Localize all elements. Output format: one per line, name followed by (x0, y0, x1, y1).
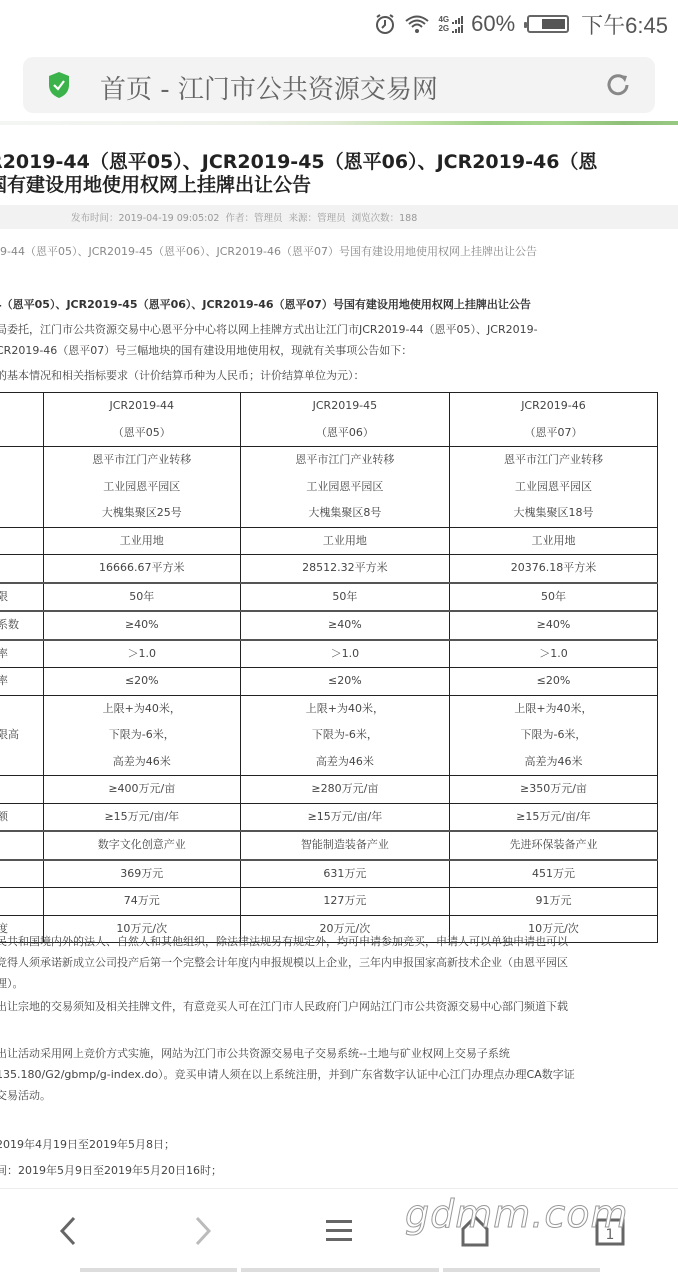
table-row: 16666.67平方米28512.32平方米20376.18平方米 (0, 555, 658, 583)
table-cell: ≥350万元/亩 (449, 776, 657, 804)
table-row-label (0, 831, 43, 860)
battery-icon (527, 15, 569, 33)
forward-button[interactable] (183, 1211, 223, 1251)
announcement-heading: 4（恩平05）、JCR2019-45（恩平06）、JCR2019-46（恩平07… (0, 296, 531, 312)
table-cell: 451万元 (449, 860, 657, 888)
table-row: 369万元631万元451万元 (0, 860, 658, 888)
article-subtitle: 019-44（恩平05）、JCR2019-45（恩平06）、JCR2019-46… (0, 243, 537, 259)
table-cell: 127万元 (240, 888, 449, 916)
table-cell: 工业用地 (43, 527, 240, 555)
table-row-label: 率 (0, 640, 43, 668)
table-cell: ≤20% (240, 668, 449, 696)
table-row-label: 率 (0, 668, 43, 696)
table-row-label: 限 (0, 583, 43, 612)
table-cell: 631万元 (240, 860, 449, 888)
table-row-label: 额 (0, 803, 43, 831)
table-row: 工业用地工业用地工业用地 (0, 527, 658, 555)
nav-indicator (241, 1268, 439, 1272)
table-cell: 20376.18平方米 (449, 555, 657, 583)
status-bar: 4G 2G 60% 下午6:45 (0, 0, 678, 48)
table-row: 率≤20%≤20%≤20% (0, 668, 658, 696)
online-bidding-paragraph: 出让活动采用网上竞价方式实施，网站为江门市公共资源交易电子交易系统--土地与矿业… (0, 1043, 575, 1106)
article-meta: 发布时间：2019-04-19 09:05:02 作者：管理员 来源：管理员 浏… (71, 210, 417, 224)
table-cell: 恩平市江门产业转移工业园恩平园区大槐集聚区25号 (43, 447, 240, 528)
date-period-1: 2019年4月19日至2019年5月8日； (0, 1134, 175, 1155)
table-row: 系数≥40%≥40%≥40% (0, 611, 658, 640)
table-cell: ≤20% (449, 668, 657, 696)
clock: 下午6:45 (581, 9, 668, 40)
table-cell: 先进环保装备产业 (449, 831, 657, 860)
table-cell: 74万元 (43, 888, 240, 916)
table-cell: 智能制造装备产业 (240, 831, 449, 860)
wifi-icon (404, 13, 430, 35)
table-cell: 恩平市江门产业转移工业园恩平园区大槐集聚区8号 (240, 447, 449, 528)
table-cell: ≥40% (240, 611, 449, 640)
table-row: 限50年50年50年 (0, 583, 658, 612)
table-row-label (0, 776, 43, 804)
table-row-label: 系数 (0, 611, 43, 640)
table-row: 恩平市江门产业转移工业园恩平园区大槐集聚区25号恩平市江门产业转移工业园恩平园区… (0, 447, 658, 528)
reload-icon[interactable] (603, 70, 633, 100)
battery-percent: 60% (471, 11, 515, 37)
table-cell: 恩平市江门产业转移工业园恩平园区大槐集聚区18号 (449, 447, 657, 528)
table-cell: ≥40% (449, 611, 657, 640)
table-header-row: JCR2019-44（恩平05） JCR2019-45（恩平06） JCR201… (0, 393, 658, 447)
table-cell: 50年 (449, 583, 657, 612)
table-row-label (0, 860, 43, 888)
watermark: gdmm.com (405, 1192, 629, 1236)
table-row-label (0, 447, 43, 528)
table-row: 数字文化创意产业智能制造装备产业先进环保装备产业 (0, 831, 658, 860)
table-cell: ≤20% (43, 668, 240, 696)
table-cell: 16666.67平方米 (43, 555, 240, 583)
table-cell: 工业用地 (449, 527, 657, 555)
table-row: 额≥15万元/亩/年≥15万元/亩/年≥15万元/亩/年 (0, 803, 658, 831)
article-meta-bar: 发布时间：2019-04-19 09:05:02 作者：管理员 来源：管理员 浏… (0, 205, 678, 229)
table-cell: ≥15万元/亩/年 (43, 803, 240, 831)
table-cell: 50年 (43, 583, 240, 612)
article-content: R2019-44（恩平05）、JCR2019-45（恩平06）、JCR2019-… (0, 125, 678, 1188)
table-cell: 28512.32平方米 (240, 555, 449, 583)
table-cell: ＞1.0 (43, 640, 240, 668)
table-row-label: 限高 (0, 695, 43, 776)
table-header-cell: JCR2019-45（恩平06） (240, 393, 449, 447)
table-row: 限高上限+为40米，下限为-6米，高差为46米上限+为40米，下限为-6米，高差… (0, 695, 658, 776)
table-cell: 91万元 (449, 888, 657, 916)
table-row: 74万元127万元91万元 (0, 888, 658, 916)
table-header-cell: JCR2019-44（恩平05） (43, 393, 240, 447)
intro-paragraph: 局委托，江门市公共资源交易中心恩平分中心将以网上挂牌方式出让江门市JCR2019… (0, 319, 538, 361)
table-cell: 上限+为40米，下限为-6米，高差为46米 (43, 695, 240, 776)
table-cell: ≥40% (43, 611, 240, 640)
table-cell: 369万元 (43, 860, 240, 888)
table-cell: ≥280万元/亩 (240, 776, 449, 804)
table-cell: 50年 (240, 583, 449, 612)
table-cell: ≥400万元/亩 (43, 776, 240, 804)
address-bar[interactable]: 首页 - 江门市公共资源交易网 (23, 57, 655, 113)
forward-icon (191, 1215, 215, 1247)
cellular-signal-icon: 4G 2G (438, 15, 463, 33)
nav-indicator (443, 1268, 600, 1272)
table-cell: 数字文化创意产业 (43, 831, 240, 860)
back-button[interactable] (48, 1211, 88, 1251)
table-cell: ＞1.0 (449, 640, 657, 668)
table-row-label (0, 555, 43, 583)
table-cell: 上限+为40米，下限为-6米，高差为46米 (240, 695, 449, 776)
alarm-icon (374, 13, 396, 35)
section-heading: 的基本情况和相关指标要求（计价结算币种为人民币；计价结算单位为元）： (0, 365, 365, 386)
shield-check-icon[interactable] (47, 71, 71, 99)
menu-button[interactable] (319, 1211, 359, 1251)
table-row: ≥400万元/亩≥280万元/亩≥350万元/亩 (0, 776, 658, 804)
table-cell: ≥15万元/亩/年 (240, 803, 449, 831)
eligibility-paragraph: 民共和国境内外的法人、自然人和其他组织，除法律法规另有规定外，均可申请参加竞买，… (0, 931, 568, 994)
table-cell: 上限+为40米，下限为-6米，高差为46米 (449, 695, 657, 776)
table-cell (0, 393, 43, 447)
documents-paragraph: 出让宗地的交易须知及相关挂牌文件，有意竞买人可在江门市人民政府门户网站江门市公共… (0, 996, 568, 1017)
back-icon (56, 1215, 80, 1247)
table-row-label (0, 888, 43, 916)
table-row: 率＞1.0＞1.0＞1.0 (0, 640, 658, 668)
table-cell: 工业用地 (240, 527, 449, 555)
table-cell: ≥15万元/亩/年 (449, 803, 657, 831)
date-period-2: 间：2019年5月9日至2019年5月20日16时； (0, 1160, 222, 1181)
table-header-cell: JCR2019-46（恩平07） (449, 393, 657, 447)
nav-indicator (80, 1268, 237, 1272)
article-title: R2019-44（恩平05）、JCR2019-45（恩平06）、JCR2019-… (0, 151, 678, 197)
menu-icon (325, 1218, 353, 1244)
table-cell: ＞1.0 (240, 640, 449, 668)
land-parcel-table: JCR2019-44（恩平05） JCR2019-45（恩平06） JCR201… (0, 392, 658, 943)
table-row-label (0, 527, 43, 555)
page-title[interactable]: 首页 - 江门市公共资源交易网 (100, 69, 438, 106)
